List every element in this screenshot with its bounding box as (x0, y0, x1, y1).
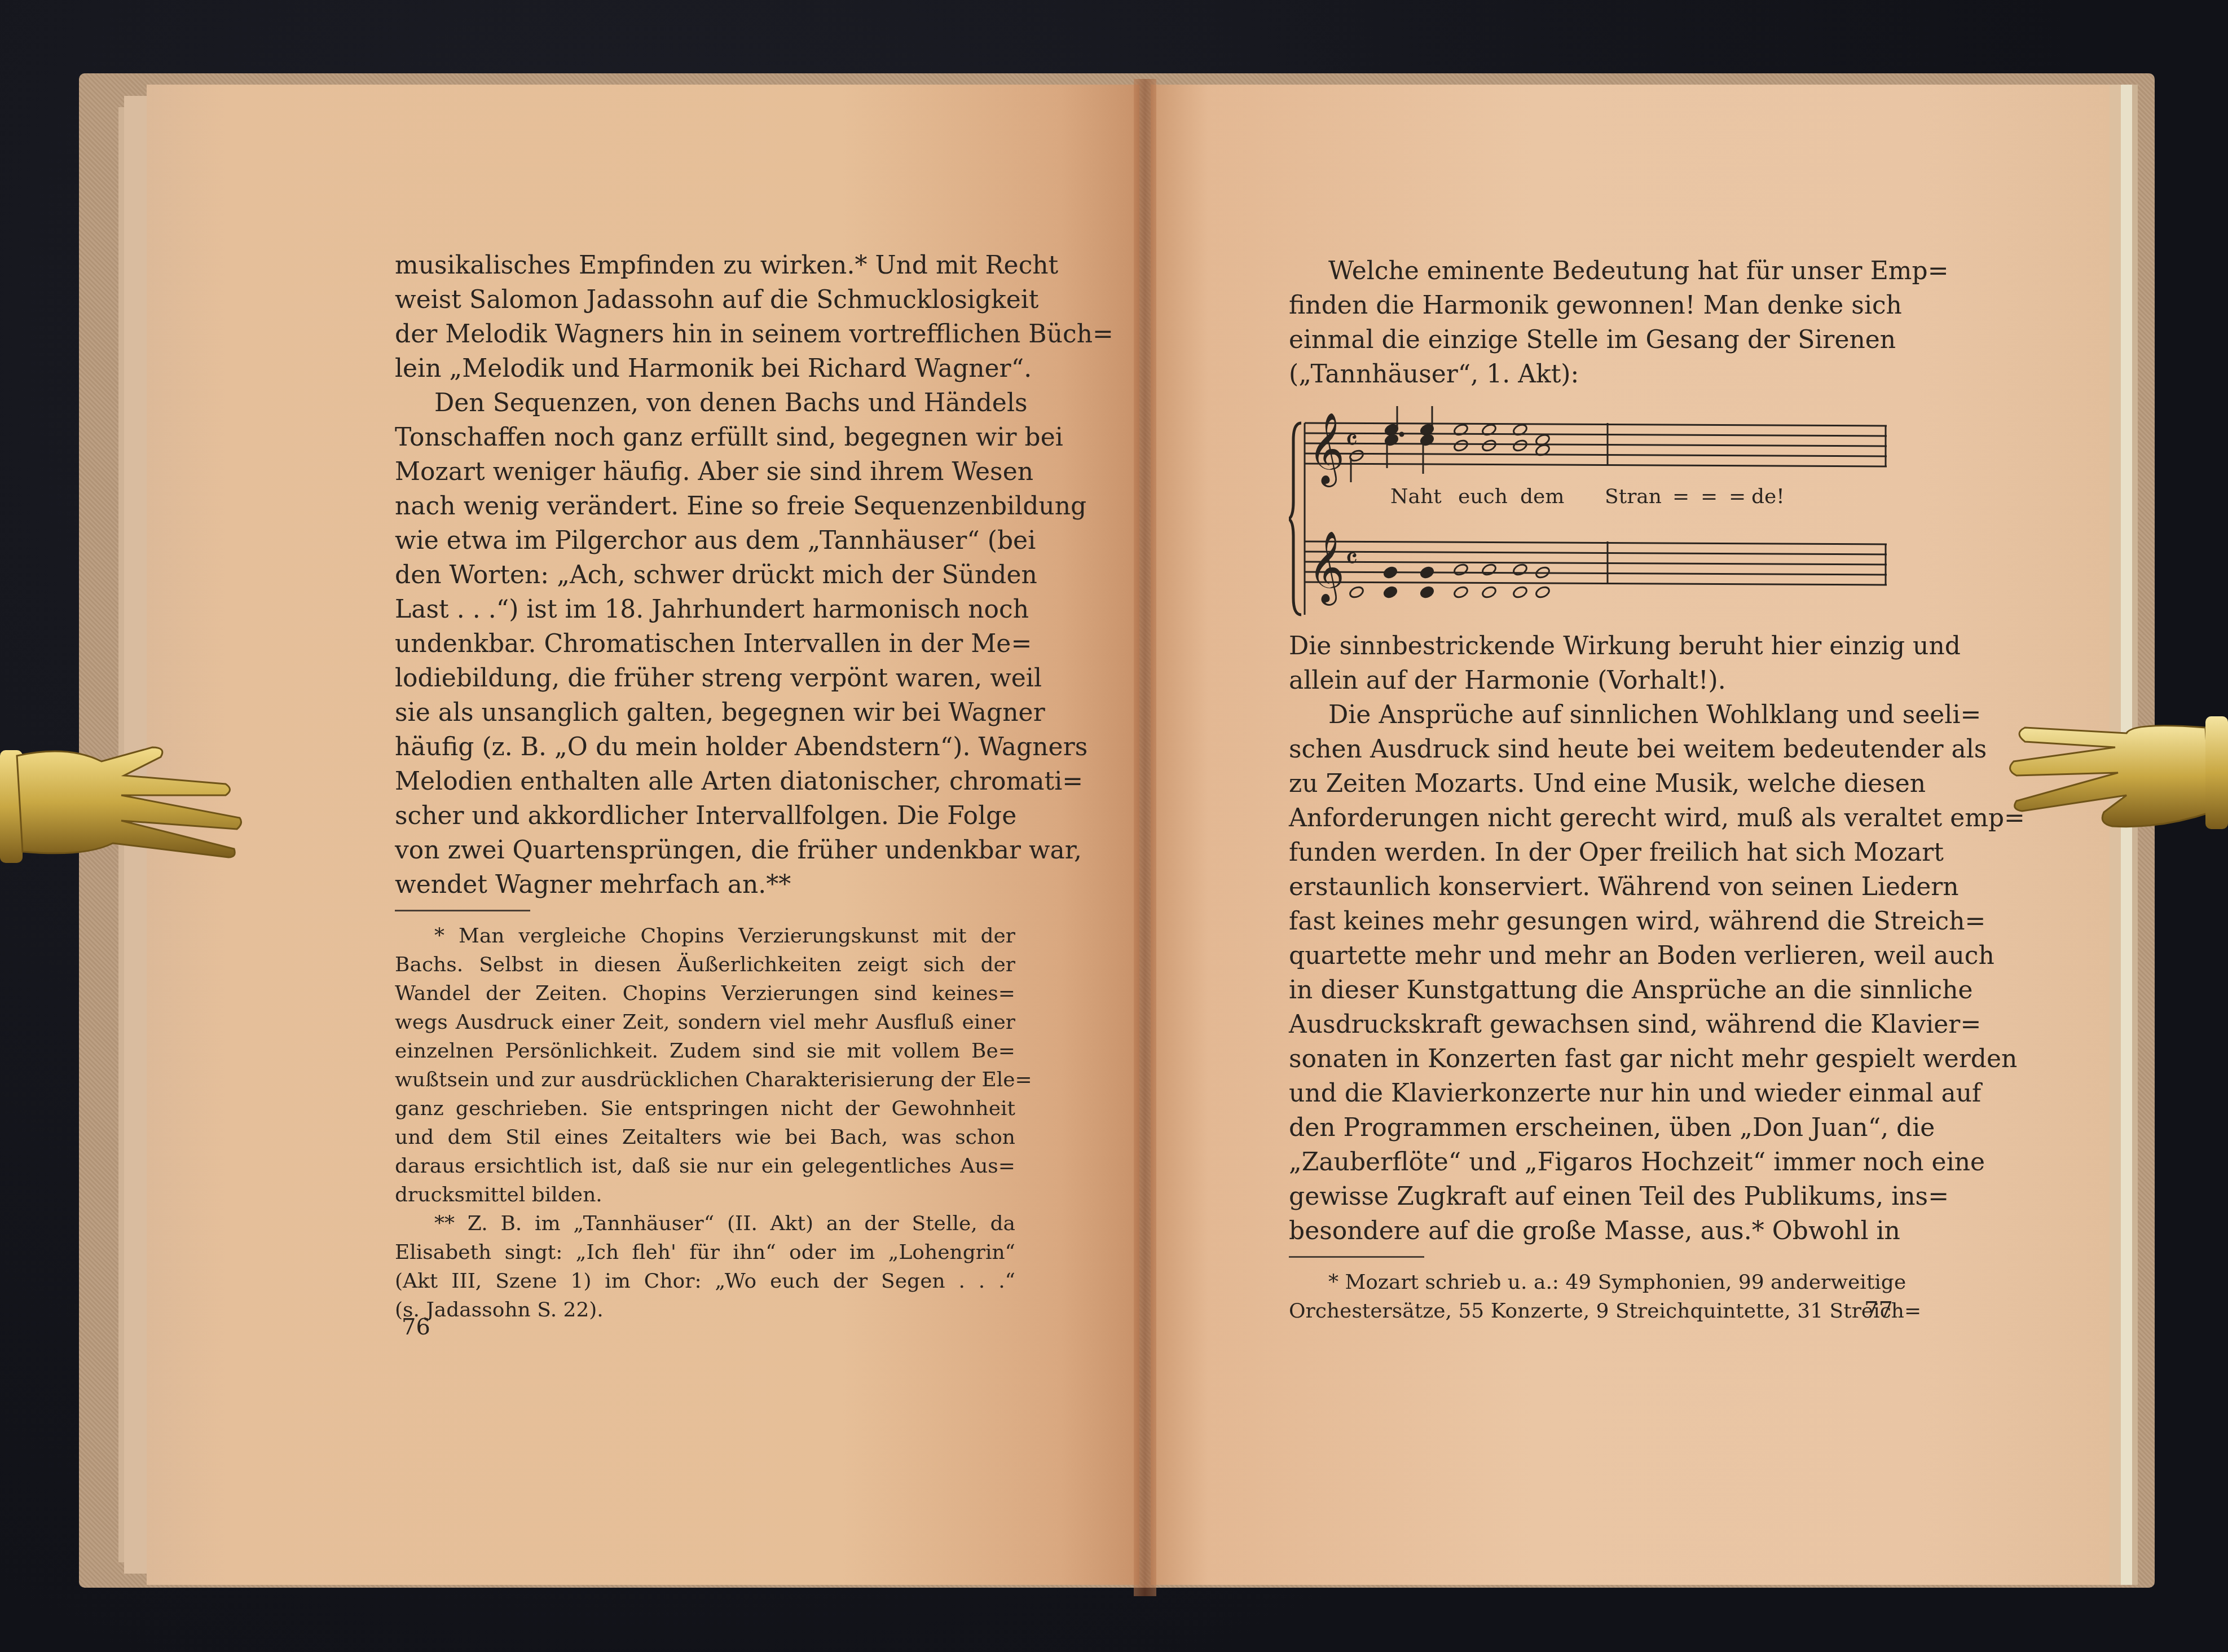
lyric-syllable: euch (1458, 485, 1508, 508)
footnote-line: ** Z. B. im „Tannhäuser“ (II. Akt) an de… (395, 1209, 1015, 1238)
text-line: Last . . .“) ist im 18. Jahrhundert harm… (395, 592, 1015, 627)
footnote-line: * Man vergleiche Chopins Verzierungskuns… (395, 922, 1015, 950)
text-line: funden werden. In der Oper freilich hat … (1289, 835, 1892, 870)
text-line: musikalisches Empfinden zu wirken.* Und … (395, 248, 1015, 283)
text-line: „Zauberflöte“ und „Figaros Hochzeit“ imm… (1289, 1145, 1892, 1179)
footnote-line: einzelnen Persönlichkeit. Zudem sind sie… (395, 1037, 1015, 1065)
left-page-text: musikalisches Empfinden zu wirken.* Und … (395, 248, 1015, 1324)
footnote-line: daraus ersichtlich ist, daß sie nur ein … (395, 1152, 1015, 1180)
text-line: gewisse Zugkraft auf einen Teil des Publ… (1289, 1179, 1892, 1214)
brass-hand-left-icon (0, 722, 248, 886)
text-line: der Melodik Wagners hin in seinem vortre… (395, 317, 1015, 351)
lyric-syllable: = (1729, 485, 1746, 508)
text-line: den Worten: „Ach, schwer drückt mich der… (395, 558, 1015, 592)
text-line: Den Sequenzen, von denen Bachs und Hände… (395, 386, 1015, 420)
footnote-line: wußtsein und zur ausdrücklichen Charakte… (395, 1065, 1015, 1094)
text-line: lodiebildung, die früher streng verpönt … (395, 661, 1015, 695)
text-line: häufig (z. B. „O du mein holder Abendste… (395, 730, 1015, 764)
footnote-line: (Akt III, Szene 1) im Chor: „Wo euch der… (395, 1267, 1015, 1296)
text-line: lein „Melodik und Harmonik bei Richard W… (395, 351, 1015, 386)
text-line: sonaten in Konzerten fast gar nicht mehr… (1289, 1042, 1892, 1076)
right-page-text: Die sinnbestrickende Wirkung beruht hier… (1289, 629, 1892, 1325)
text-line: scher und akkordlicher Intervallfolgen. … (395, 799, 1015, 833)
footnote-line: Wandel der Zeiten. Chopins Verzierungen … (395, 979, 1015, 1008)
lyric-syllable: = (1672, 485, 1689, 508)
text-line: wie etwa im Pilgerchor aus dem „Tannhäus… (395, 523, 1015, 558)
lyric-syllable: de! (1751, 485, 1785, 508)
text-line: weist Salomon Jadassohn auf die Schmuckl… (395, 283, 1015, 317)
text-line: Die sinnbestrickende Wirkung beruht hier… (1289, 629, 1892, 663)
text-line: finden die Harmonik gewonnen! Man denke … (1289, 288, 1892, 323)
footnote-line: wegs Ausdruck einer Zeit, sondern viel m… (395, 1008, 1015, 1037)
brass-hand-right-icon (1991, 699, 2228, 863)
lyric-syllable: = (1701, 485, 1718, 508)
text-line: von zwei Quartensprüngen, die früher und… (395, 833, 1015, 867)
footnote-line: ganz geschrieben. Sie entspringen nicht … (395, 1094, 1015, 1123)
treble-clef-icon: 𝄞 (1308, 530, 1345, 606)
text-line: Anforderungen nicht gerecht wird, muß al… (1289, 801, 1892, 835)
lyric-syllable: Naht (1390, 485, 1442, 508)
text-line: besondere auf die große Masse, aus.* Obw… (1289, 1214, 1892, 1248)
page-number-left: 76 (402, 1314, 430, 1340)
footnote-rule (1289, 1256, 1424, 1258)
footnote-line: drucksmittel bilden. (395, 1180, 1015, 1209)
text-line: fast keines mehr gesungen wird, während … (1289, 904, 1892, 939)
page-number-right: 77 (1864, 1297, 1893, 1323)
music-lyrics: Naht euch dem Stran = = = de! (1289, 485, 1892, 519)
footnote-line: Orchestersätze, 55 Konzerte, 9 Streichqu… (1289, 1297, 1892, 1325)
text-line: einmal die einzige Stelle im Gesang der … (1289, 323, 1892, 357)
text-line: quartette mehr und mehr an Boden verlier… (1289, 939, 1892, 973)
text-line: Tonschaffen noch ganz erfüllt sind, bege… (395, 420, 1015, 455)
text-line: Melodien enthalten alle Arten diatonisch… (395, 764, 1015, 799)
footnote-line: Bachs. Selbst in diesen Äußerlichkeiten … (395, 950, 1015, 979)
text-line: Die Ansprüche auf sinnlichen Wohlklang u… (1289, 698, 1892, 732)
footnote-line: * Mozart schrieb u. a.: 49 Symphonien, 9… (1289, 1268, 1892, 1297)
text-line: („Tannhäuser“, 1. Akt): (1289, 357, 1892, 391)
footnote-line: (s. Jadassohn S. 22). (395, 1296, 1015, 1324)
left-footnotes: * Man vergleiche Chopins Verzierungskuns… (395, 922, 1015, 1324)
text-line: Mozart weniger häufig. Aber sie sind ihr… (395, 455, 1015, 489)
text-line: Ausdruckskraft gewachsen sind, während d… (1289, 1007, 1892, 1042)
common-time-icon: 𝄴 (1345, 543, 1358, 575)
text-line: allein auf der Harmonie (Vorhalt!). (1289, 663, 1892, 698)
book-gutter (1134, 79, 1156, 1596)
right-page-intro: Welche eminente Bedeutung hat für unser … (1289, 254, 1892, 391)
text-line: in dieser Kunstgattung die Ansprüche an … (1289, 973, 1892, 1007)
right-footnotes: * Mozart schrieb u. a.: 49 Symphonien, 9… (1289, 1268, 1892, 1325)
footnote-line: Elisabeth singt: „Ich fleh' für ihn“ ode… (395, 1238, 1015, 1267)
text-line: wendet Wagner mehrfach an.** (395, 867, 1015, 902)
text-line: erstaunlich konserviert. Während von sei… (1289, 870, 1892, 904)
lyric-syllable: dem (1520, 485, 1565, 508)
lyric-syllable: Stran (1605, 485, 1662, 508)
text-line: undenkbar. Chromatischen Intervallen in … (395, 627, 1015, 661)
footnote-line: und dem Stil eines Zeitalters wie bei Ba… (395, 1123, 1015, 1152)
text-line: den Programmen erscheinen, üben „Don Jua… (1289, 1111, 1892, 1145)
footnote-rule (395, 910, 530, 911)
treble-clef-icon: 𝄞 (1308, 412, 1345, 487)
text-line: schen Ausdruck sind heute bei weitem bed… (1289, 732, 1892, 766)
text-line: sie als unsanglich galten, begegnen wir … (395, 695, 1015, 730)
text-line: nach wenig verändert. Eine so freie Sequ… (395, 489, 1015, 523)
text-line: Welche eminente Bedeutung hat für unser … (1289, 254, 1892, 288)
text-line: zu Zeiten Mozarts. Und eine Musik, welch… (1289, 766, 1892, 801)
text-line: und die Klavierkonzerte nur hin und wied… (1289, 1076, 1892, 1111)
